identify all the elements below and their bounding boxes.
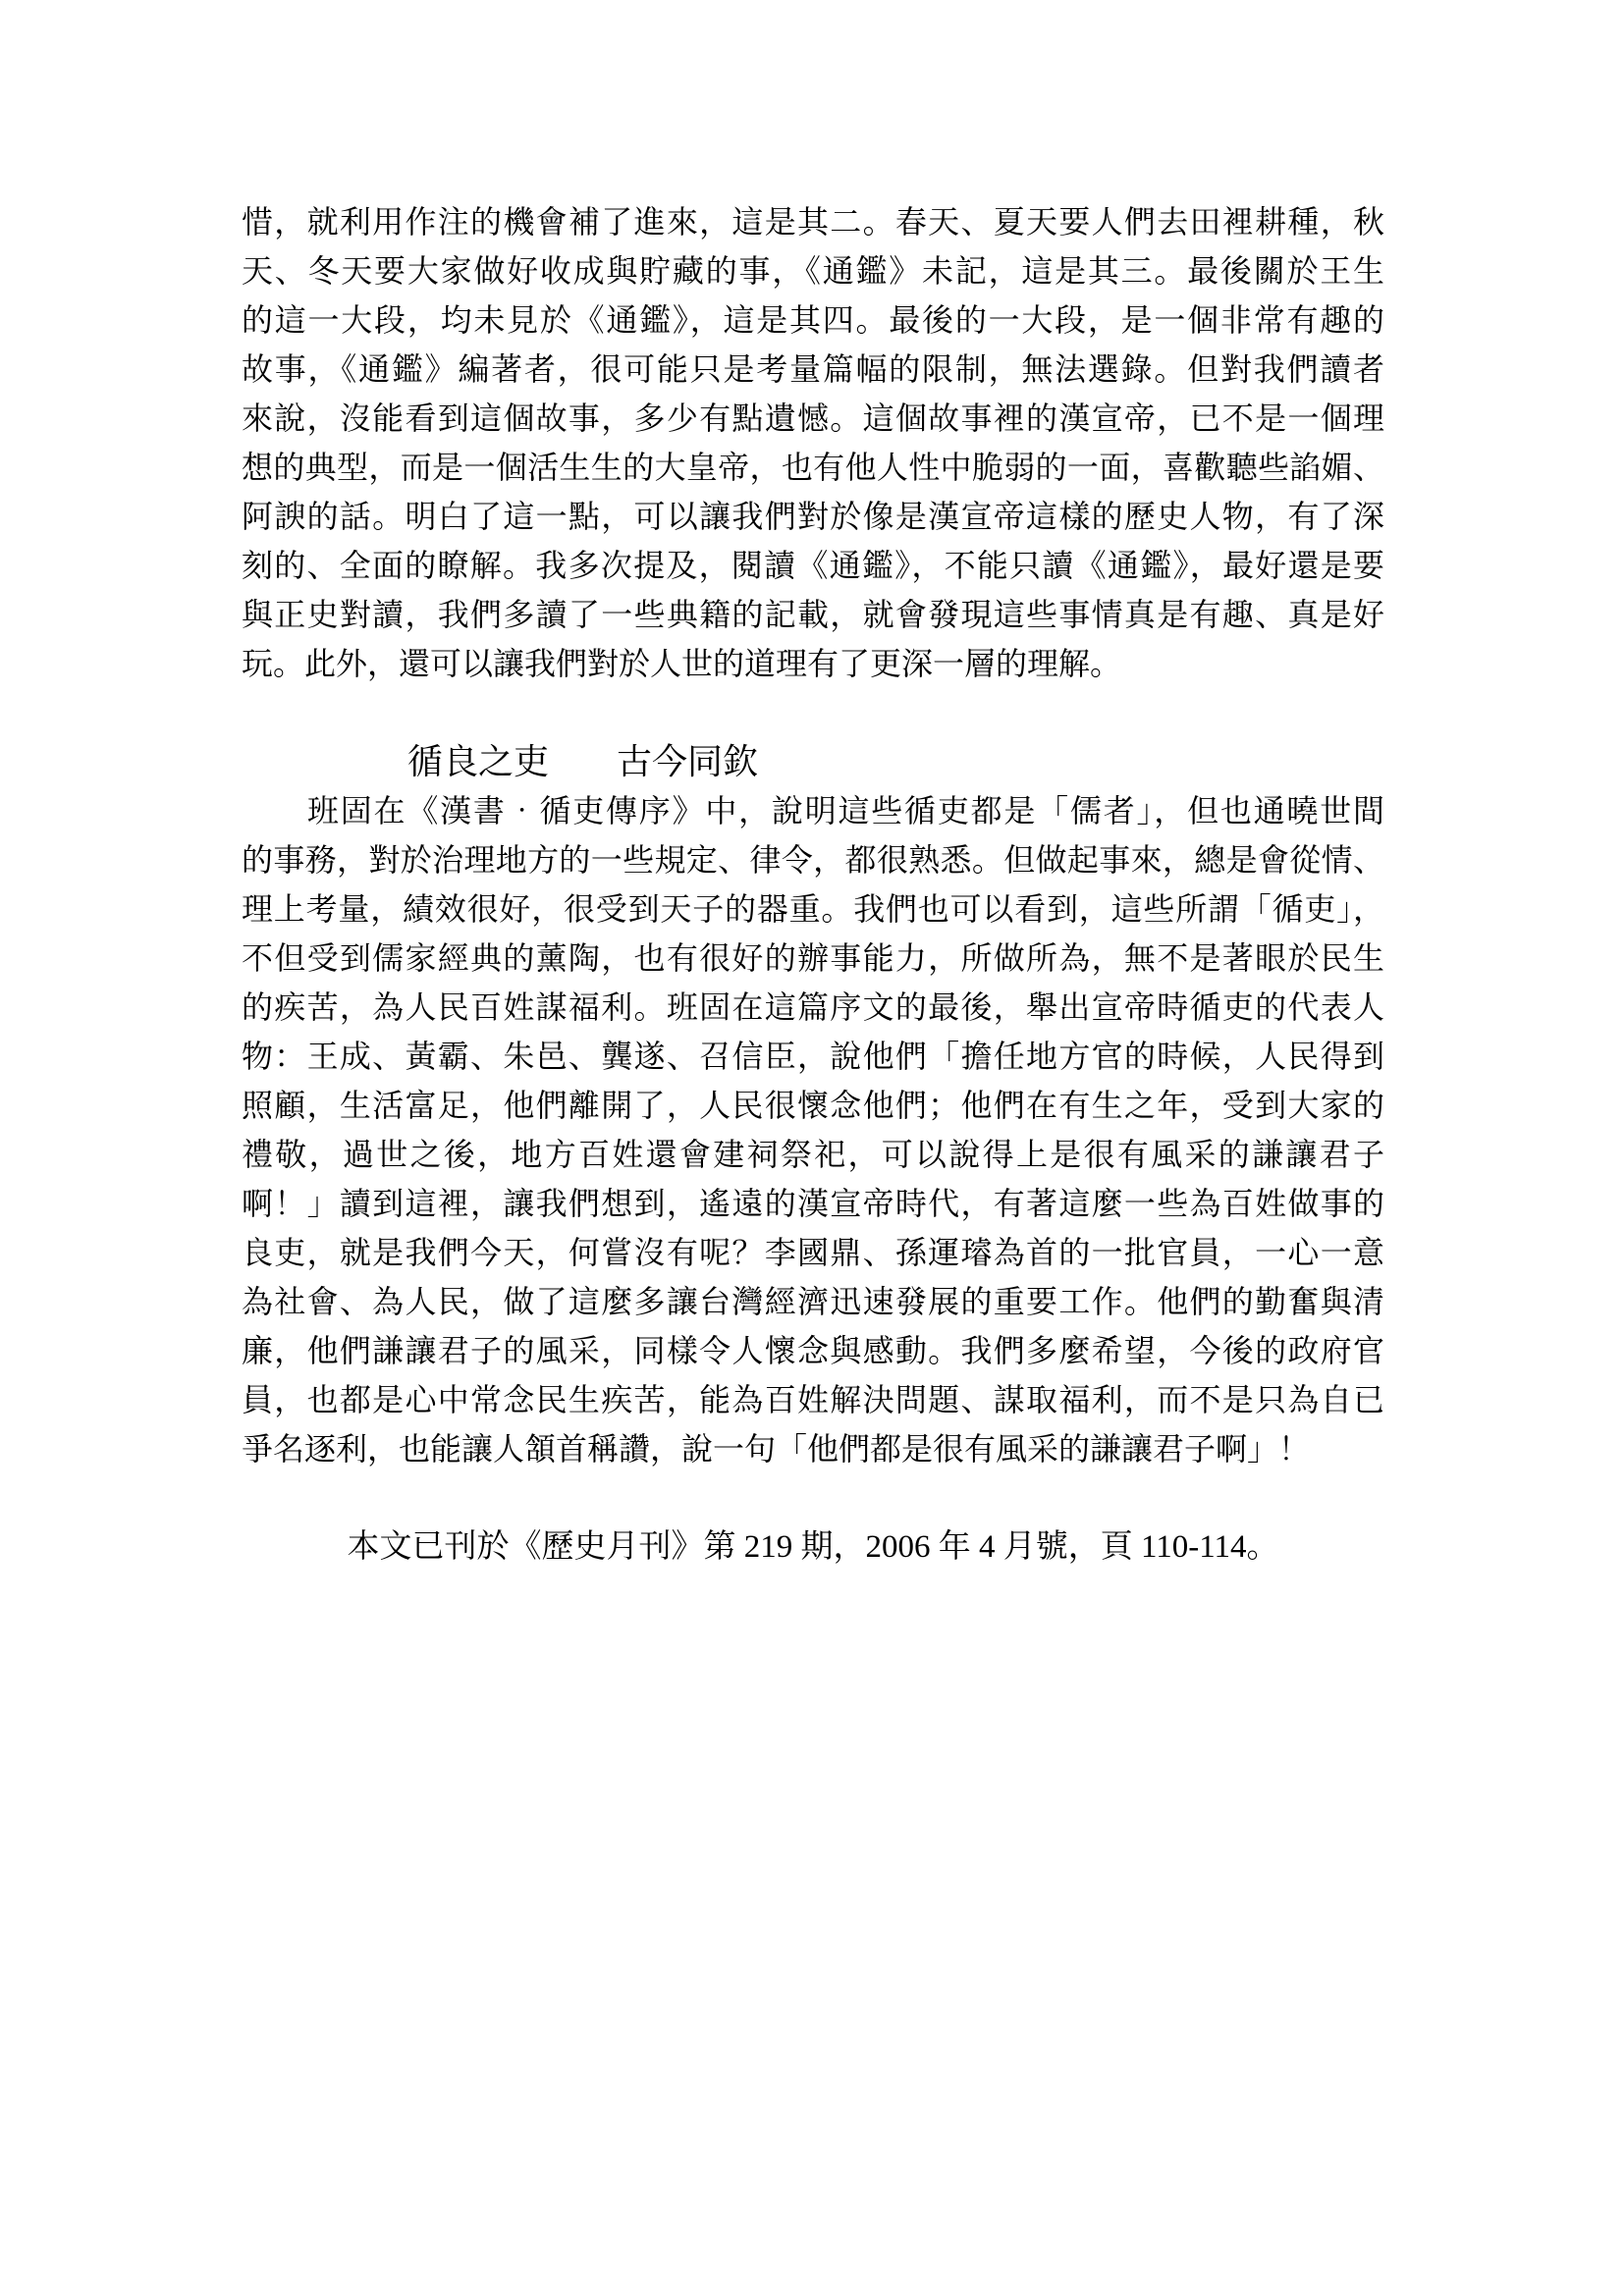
text-line: 廉，他們謙讓君子的風采，同樣令人懷念與感動。我們多麼希望，今後的政府官: [242, 1326, 1384, 1375]
text-line: 天、冬天要大家做好收成與貯藏的事，《通鑑》未記，這是其三。最後關於王生: [242, 246, 1384, 295]
paragraph-body: 班固在《漢書‧循吏傳序》中，說明這些循吏都是「儒者」，但也通曉世間 的事務，對於…: [242, 786, 1384, 1473]
text-line: 班固在《漢書‧循吏傳序》中，說明這些循吏都是「儒者」，但也通曉世間: [242, 786, 1384, 835]
text-line: 員，也都是心中常念民生疾苦，能為百姓解決問題、謀取福利，而不是只為自已: [242, 1375, 1384, 1424]
text-line: 來說，沒能看到這個故事，多少有點遺憾。這個故事裡的漢宣帝，已不是一個理: [242, 394, 1384, 443]
text-line: 想的典型，而是一個活生生的大皇帝，也有他人性中脆弱的一面，喜歡聽些諂媚、: [242, 443, 1384, 492]
text-line: 的這一大段，均未見於《通鑑》，這是其四。最後的一大段，是一個非常有趣的: [242, 295, 1384, 345]
text-line: 理上考量，績效很好，很受到天子的器重。我們也可以看到，這些所謂「循吏」，: [242, 884, 1384, 934]
text-line: 良吏，就是我們今天，何嘗沒有呢？李國鼎、孫運璿為首的一批官員，一心一意: [242, 1228, 1384, 1277]
paragraph-continuation: 惜，就利用作注的機會補了進來，這是其二。春天、夏天要人們去田裡耕種，秋 天、冬天…: [242, 197, 1384, 688]
text-line: 故事，《通鑑》編著者，很可能只是考量篇幅的限制，無法選錄。但對我們讀者: [242, 345, 1384, 394]
text-line: 物：王成、黃霸、朱邑、龔遂、召信臣，說他們「擔任地方官的時候，人民得到: [242, 1032, 1384, 1081]
text-line: 啊！」讀到這裡，讓我們想到，遙遠的漢宣帝時代，有著這麼一些為百姓做事的: [242, 1179, 1384, 1228]
text-line: 爭名逐利，也能讓人頷首稱讚，說一句「他們都是很有風采的謙讓君子啊」！: [242, 1424, 1384, 1473]
text-line: 不但受到儒家經典的薰陶，也有很好的辦事能力，所做所為，無不是著眼於民生: [242, 934, 1384, 983]
text-line: 阿諛的話。明白了這一點，可以讓我們對於像是漢宣帝這樣的歷史人物，有了深: [242, 492, 1384, 541]
text-line: 惜，就利用作注的機會補了進來，這是其二。春天、夏天要人們去田裡耕種，秋: [242, 197, 1384, 246]
section-heading-left: 循良之吏: [407, 742, 549, 781]
section-heading-right: 古今同欽: [617, 742, 758, 781]
text-line: 的事務，對於治理地方的一些規定、律令，都很熟悉。但做起事來，總是會從情、: [242, 835, 1384, 884]
text-line: 為社會、為人民，做了這麼多讓台灣經濟迅速發展的重要工作。他們的勤奮與清: [242, 1277, 1384, 1326]
text-line: 刻的、全面的瞭解。我多次提及，閱讀《通鑑》，不能只讀《通鑑》，最好還是要: [242, 541, 1384, 590]
text-line: 照顧，生活富足，他們離開了，人民很懷念他們；他們在有生之年，受到大家的: [242, 1081, 1384, 1130]
section-heading: 循良之吏 古今同欽: [242, 737, 1384, 786]
document-page: 惜，就利用作注的機會補了進來，這是其二。春天、夏天要人們去田裡耕種，秋 天、冬天…: [0, 0, 1624, 2296]
text-line: 玩。此外，還可以讓我們對於人世的道理有了更深一層的理解。: [242, 639, 1384, 688]
text-line: 與正史對讀，我們多讀了一些典籍的記載，就會發現這些事情真是有趣、真是好: [242, 590, 1384, 639]
publication-note: 本文已刊於《歷史月刊》第 219 期，2006 年 4 月號，頁 110-114…: [242, 1522, 1384, 1572]
text-line: 的疾苦，為人民百姓謀福利。班固在這篇序文的最後，舉出宣帝時循吏的代表人: [242, 983, 1384, 1032]
text-line: 禮敬，過世之後，地方百姓還會建祠祭祀，可以說得上是很有風采的謙讓君子: [242, 1130, 1384, 1179]
